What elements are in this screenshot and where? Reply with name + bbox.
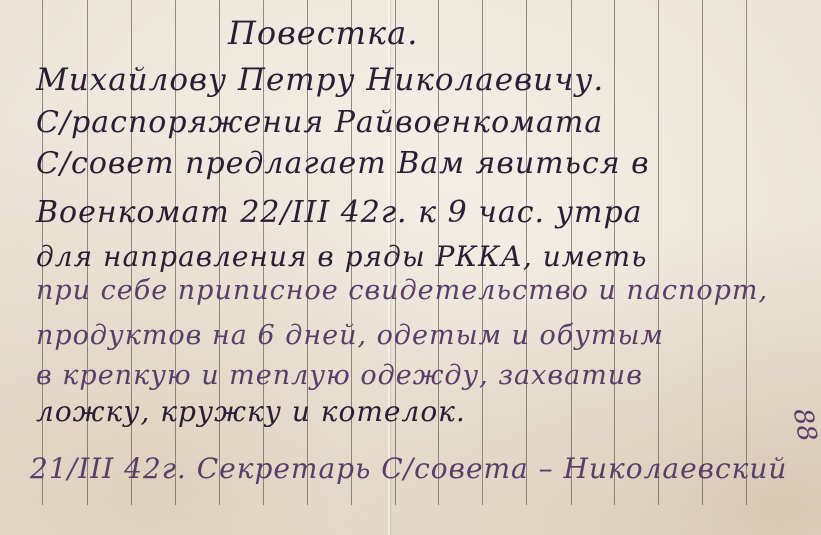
ruled-line bbox=[658, 0, 659, 505]
text-line: Военкомат 22/III 42г. к 9 час. утра bbox=[36, 195, 643, 230]
text-line: продуктов на 6 дней, одетым и обутым bbox=[36, 320, 664, 351]
margin-number: 88 bbox=[787, 406, 821, 444]
text-line: С/совет предлагает Вам явиться в bbox=[36, 146, 650, 181]
addressee-line: Михайлову Петру Николаевичу. bbox=[36, 62, 604, 98]
document-sheet: Повестка. Михайлову Петру Николаевичу. С… bbox=[0, 0, 821, 535]
ruled-line bbox=[702, 0, 703, 505]
text-line: в крепкую и теплую одежду, захватив bbox=[36, 360, 643, 391]
text-line: при себе приписное свидетельство и паспо… bbox=[36, 275, 768, 306]
document-title: Повестка. bbox=[228, 14, 418, 52]
text-line: для направления в ряды РККА, иметь bbox=[36, 240, 647, 273]
ruled-line bbox=[746, 0, 747, 505]
text-line: С/распоряжения Райвоенкомата bbox=[36, 105, 603, 140]
signature-line: 21/III 42г. Секретарь С/совета – Николае… bbox=[30, 452, 787, 485]
text-line: ложку, кружку и котелок. bbox=[36, 395, 466, 428]
